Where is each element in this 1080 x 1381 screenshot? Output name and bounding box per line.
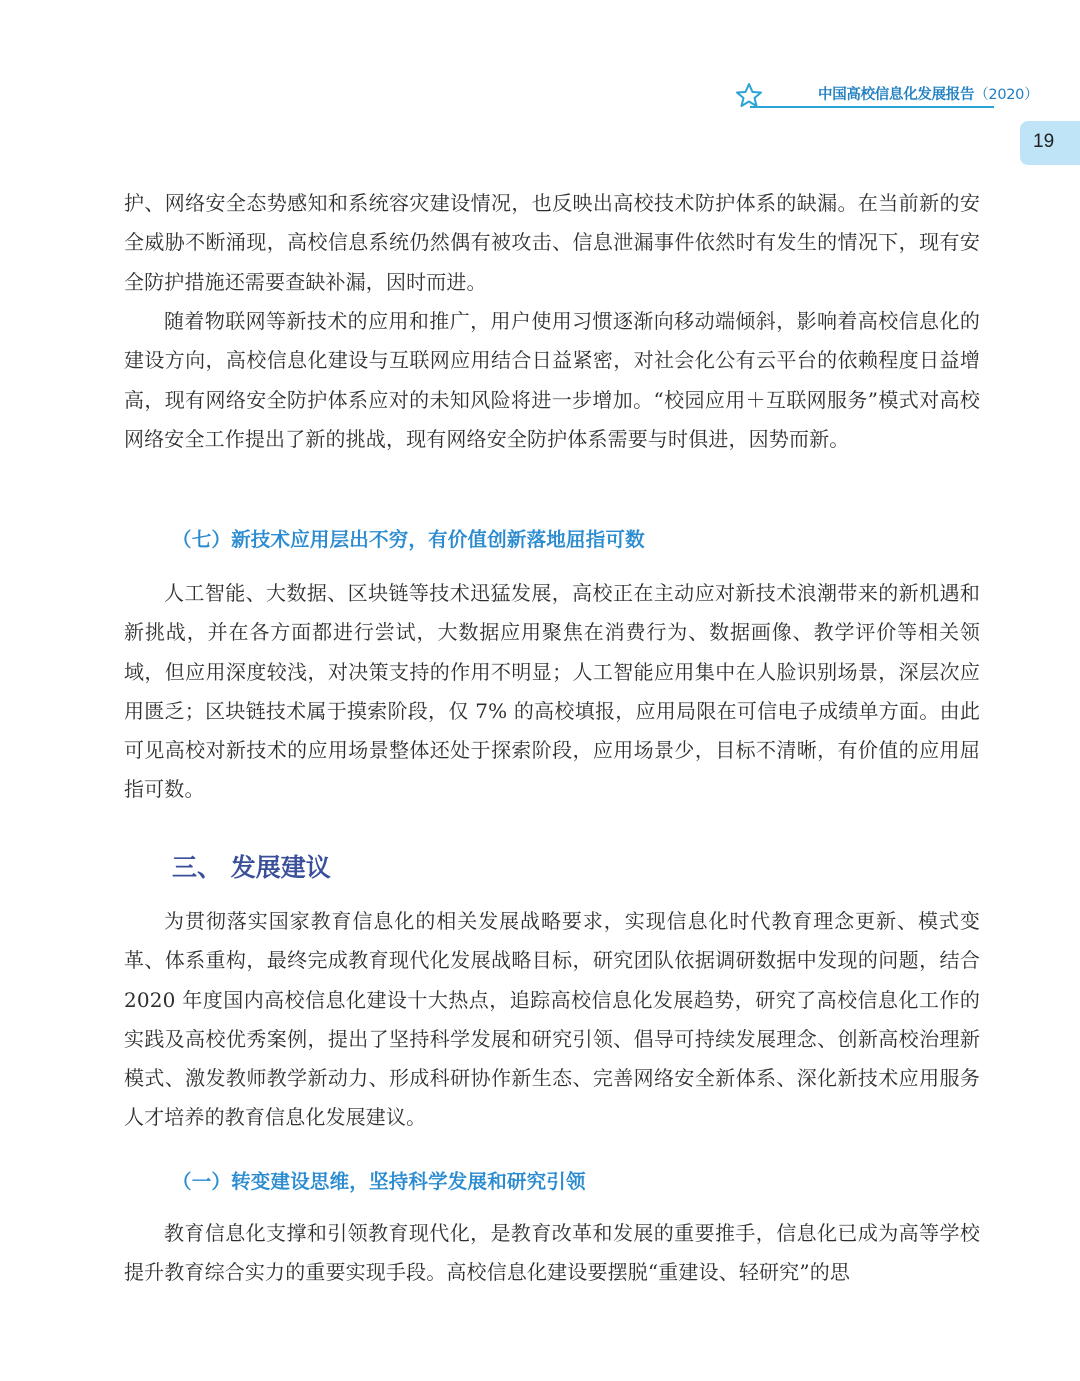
page-number: 19 <box>1033 131 1054 153</box>
running-header: 中国高校信息化发展报告（2020） <box>734 78 1034 108</box>
subheading-transform-thinking: （一）转变建设思维，坚持科学发展和研究引领 <box>172 1166 980 1194</box>
report-year: （2020） <box>974 87 1038 103</box>
section-heading-suggestions: 三、 发展建议 <box>172 848 980 884</box>
paragraph-suggestions: 为贯彻落实国家教育信息化的相关发展战略要求，实现信息化时代教育理念更新、模式变革… <box>124 902 980 1138</box>
paragraph-iot: 随着物联网等新技术的应用和推广，用户使用习惯逐渐向移动端倾斜，影响着高校信息化的… <box>124 302 980 459</box>
star-outline-icon <box>734 82 764 108</box>
paragraph-security-continued: 护、网络安全态势感知和系统容灾建设情况，也反映出高校技术防护体系的缺漏。在当前新… <box>124 184 980 302</box>
report-title: 中国高校信息化发展报告（2020） <box>818 83 1038 104</box>
page-number-tab: 19 <box>1020 121 1080 165</box>
subheading-new-tech: （七）新技术应用层出不穷，有价值创新落地屈指可数 <box>172 524 980 552</box>
report-title-text: 中国高校信息化发展报告 <box>818 87 974 103</box>
paragraph-edu-informatization: 教育信息化支撑和引领教育现代化，是教育改革和发展的重要推手，信息化已成为高等学校… <box>124 1214 980 1293</box>
paragraph-ai-bigdata: 人工智能、大数据、区块链等技术迅猛发展，高校正在主动应对新技术浪潮带来的新机遇和… <box>124 574 980 810</box>
header-rule <box>750 106 994 108</box>
